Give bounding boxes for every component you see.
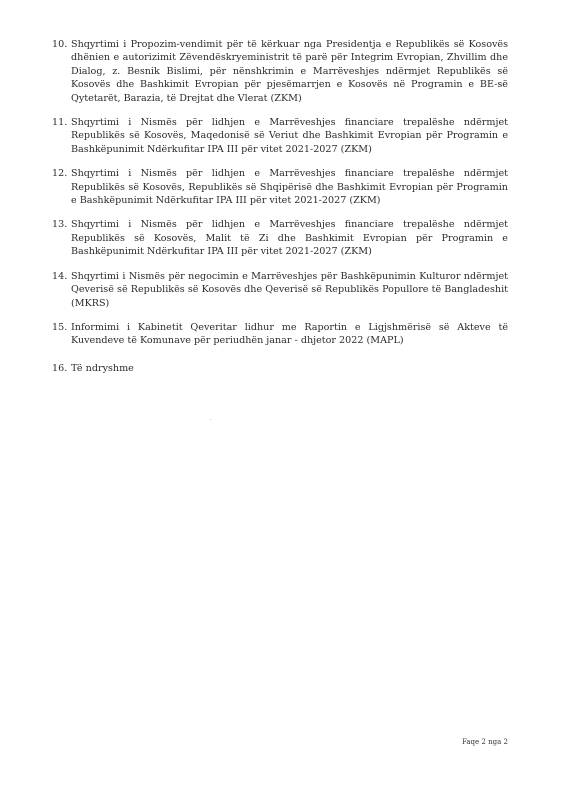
item-number: 16. xyxy=(52,362,71,375)
agenda-list: 10. Shqyrtimi i Propozim-vendimit për të… xyxy=(52,38,508,375)
item-number: 12. xyxy=(52,167,71,207)
agenda-item-13: 13. Shqyrtimi i Nismës për lidhjen e Mar… xyxy=(52,218,508,258)
item-number: 15. xyxy=(52,321,71,348)
agenda-item-14: 14. Shqyrtimi i Nismës për negocimin e M… xyxy=(52,270,508,310)
item-text: Informimi i Kabinetit Qeveritar lidhur m… xyxy=(71,321,508,348)
agenda-item-11: 11. Shqyrtimi i Nismës për lidhjen e Mar… xyxy=(52,116,508,156)
item-number: 11. xyxy=(52,116,71,156)
item-number: 13. xyxy=(52,218,71,258)
page-number-footer: Faqe 2 nga 2 xyxy=(462,738,508,746)
agenda-item-15: 15. Informimi i Kabinetit Qeveritar lidh… xyxy=(52,321,508,348)
scan-speck xyxy=(210,419,211,420)
item-text: Të ndryshme xyxy=(71,362,508,375)
item-text: Shqyrtimi i Nismës për lidhjen e Marrëve… xyxy=(71,167,508,207)
item-number: 10. xyxy=(52,38,71,105)
document-page: 10. Shqyrtimi i Propozim-vendimit për të… xyxy=(0,0,563,788)
item-text: Shqyrtimi i Nismës për lidhjen e Marrëve… xyxy=(71,218,508,258)
item-number: 14. xyxy=(52,270,71,310)
agenda-item-10: 10. Shqyrtimi i Propozim-vendimit për të… xyxy=(52,38,508,105)
agenda-item-16: 16. Të ndryshme xyxy=(52,362,508,375)
item-text: Shqyrtimi i Nismës për negocimin e Marrë… xyxy=(71,270,508,310)
agenda-item-12: 12. Shqyrtimi i Nismës për lidhjen e Mar… xyxy=(52,167,508,207)
item-text: Shqyrtimi i Nismës për lidhjen e Marrëve… xyxy=(71,116,508,156)
item-text: Shqyrtimi i Propozim-vendimit për të kër… xyxy=(71,38,508,105)
